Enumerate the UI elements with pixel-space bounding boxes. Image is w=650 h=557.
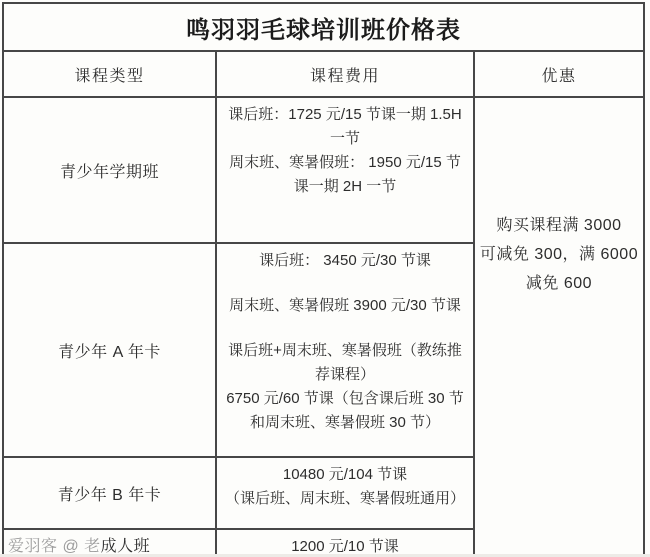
cell-type-semester: 青少年学期班 [3, 97, 216, 243]
fee-paragraph: 10480 元/104 节课 （课后班、周末班、寒暑假班通用） [217, 463, 473, 511]
cell-type-a-card: 青少年 A 年卡 [3, 243, 216, 457]
title-row: 鸣羽羽毛球培训班价格表 [3, 3, 644, 51]
header-course-fee: 课程费用 [216, 51, 474, 97]
header-row: 课程类型 课程费用 优惠 [3, 51, 644, 97]
price-table-page: 鸣羽羽毛球培训班价格表 课程类型 课程费用 优惠 青少年学期班 课后班：1725… [0, 0, 650, 557]
fee-paragraph: 课后班： 3450 元/30 节课 [217, 249, 473, 273]
cell-fee-b-card: 10480 元/104 节课 （课后班、周末班、寒暑假班通用） [216, 457, 474, 529]
fee-paragraph: 课后班：1725 元/15 节课一期 1.5H 一节 周末班、寒暑假班： 195… [217, 103, 473, 199]
price-table: 鸣羽羽毛球培训班价格表 课程类型 课程费用 优惠 青少年学期班 课后班：1725… [2, 2, 645, 557]
header-discount: 优惠 [474, 51, 644, 97]
cell-fee-semester: 课后班：1725 元/15 节课一期 1.5H 一节 周末班、寒暑假班： 195… [216, 97, 474, 243]
watermark-label: 爱羽客 @ 老 [8, 538, 101, 555]
page-title: 鸣羽羽毛球培训班价格表 [3, 3, 644, 51]
table-row-semester: 青少年学期班 课后班：1725 元/15 节课一期 1.5H 一节 周末班、寒暑… [3, 97, 644, 243]
cell-type-adult: 爱羽客 @ 老成人班 [3, 529, 216, 557]
adult-class-label: 成人班 [101, 538, 151, 555]
fee-paragraph: 周末班、寒暑假班 3900 元/30 节课 [217, 294, 473, 318]
cell-type-b-card: 青少年 B 年卡 [3, 457, 216, 529]
header-course-type: 课程类型 [3, 51, 216, 97]
fee-paragraph: 课后班+周末班、寒暑假班（教练推 荐课程） 6750 元/60 节课（包含课后班… [217, 339, 473, 435]
cell-fee-a-card: 课后班： 3450 元/30 节课周末班、寒暑假班 3900 元/30 节课课后… [216, 243, 474, 457]
discount-cell: 购买课程满 3000 可减免 300，满 6000 减免 600 [474, 97, 644, 557]
cell-fee-adult: 1200 元/10 节课 [216, 529, 474, 557]
